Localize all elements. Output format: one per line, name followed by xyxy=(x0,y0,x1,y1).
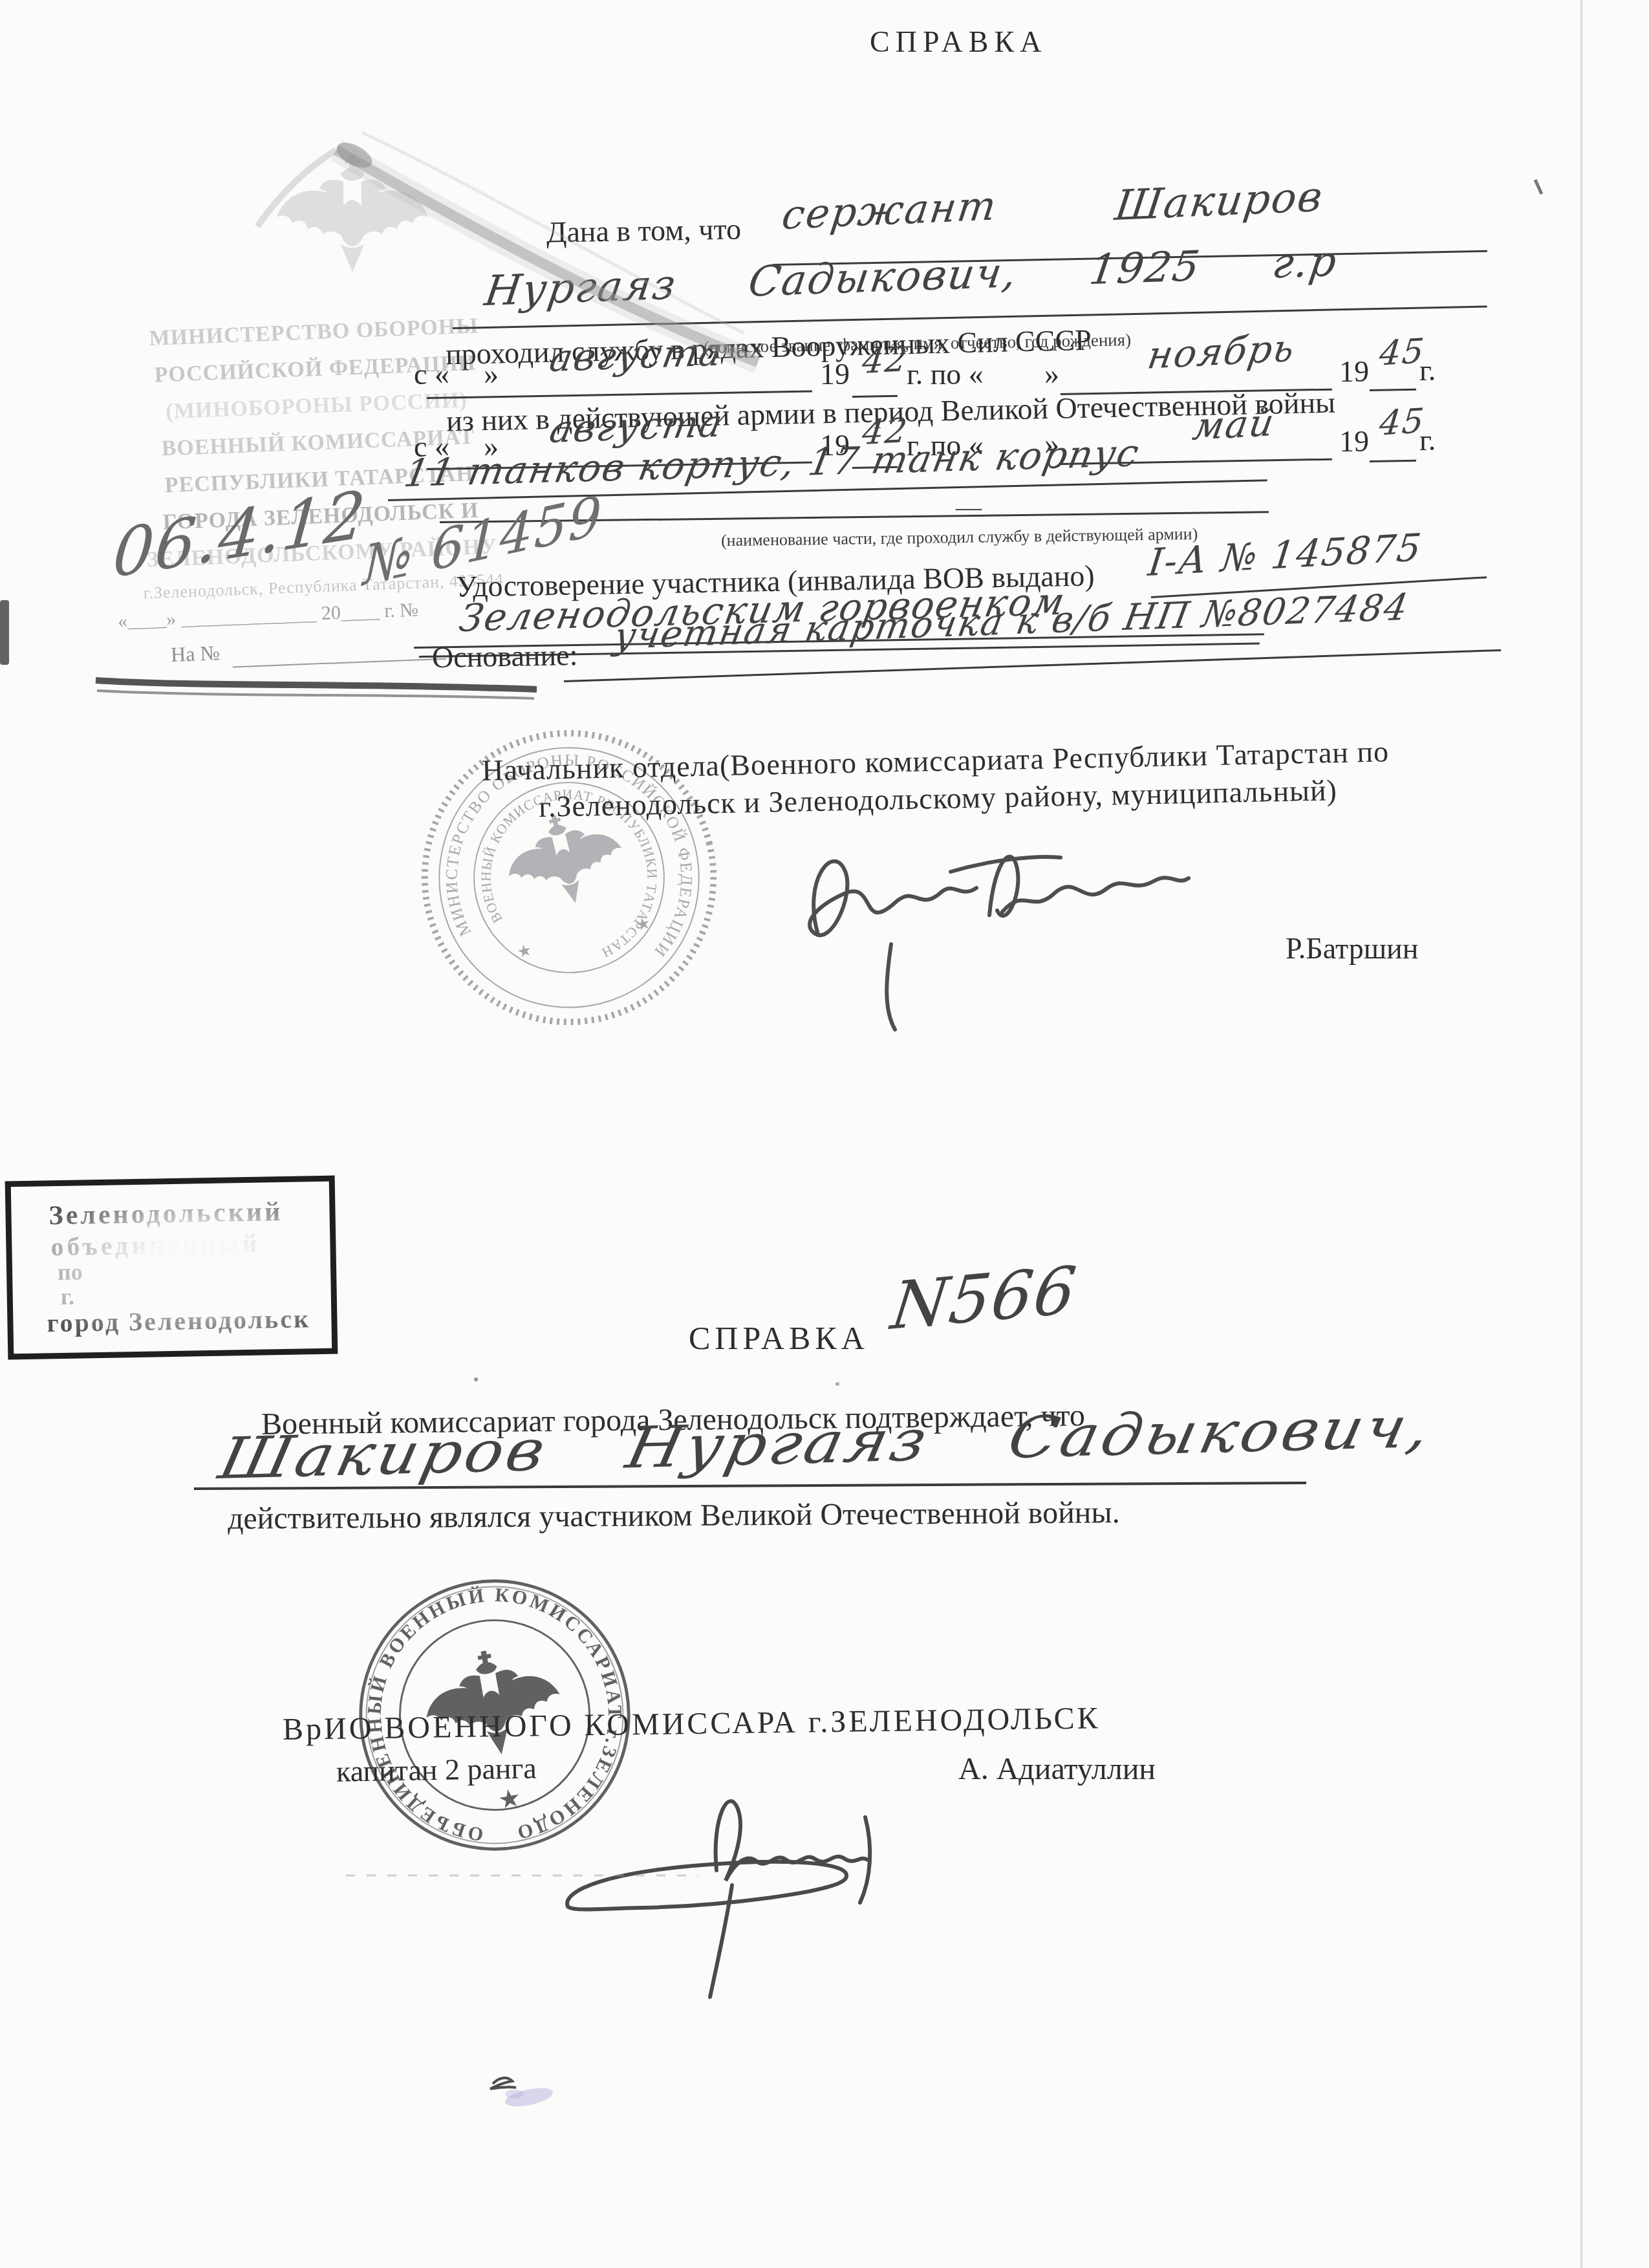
date1-to-close: » xyxy=(1044,357,1059,391)
speck xyxy=(1535,180,1542,194)
eagle-icon xyxy=(416,1639,568,1766)
date2-year-prefix-b: 19 xyxy=(1339,424,1369,459)
rule xyxy=(233,658,446,668)
date1-year-prefix-a: 19 xyxy=(820,357,850,391)
vrio-line: ВрИО ВОЕННОГО КОМИССАРА г.ЗЕЛЕНОДОЛЬСК xyxy=(283,1700,1101,1747)
hw-certificate-number: N566 xyxy=(887,1251,1081,1345)
rect-stamp-fade xyxy=(11,1182,332,1354)
blank-dash: — xyxy=(956,491,982,522)
hw-from-year-1: 42 xyxy=(860,340,911,382)
hw-to-month-1: ноябрь xyxy=(1145,325,1299,378)
doc1-title: СПРАВКА xyxy=(870,25,1047,59)
rank-line: капитан 2 ранга xyxy=(336,1751,537,1788)
basis-label: Основание: xyxy=(432,638,578,675)
hw-surname: Шакиров xyxy=(1112,173,1326,230)
date1-from-open: с « xyxy=(414,357,449,391)
date1-g: г. xyxy=(1419,353,1436,387)
ink-smudge-violet xyxy=(505,2090,523,2099)
letterhead-na-no: На № xyxy=(170,641,220,667)
letterhead-reg-line: «____» ______________ 20____ г. № xyxy=(117,599,418,632)
signature-1 xyxy=(757,795,1222,1035)
confirm-line-2: действительно являлся участником Великой… xyxy=(228,1495,1120,1537)
officer-name: Р.Батршин xyxy=(1286,931,1418,966)
hw-name-patronymic-line: Нургаяз Садыкович, 1925 г.р xyxy=(482,238,1341,316)
given-label: Дана в том, что xyxy=(546,211,742,249)
caption-unit: (наименование части, где проходил службу… xyxy=(721,524,1198,550)
date1-year-prefix-b: 19 xyxy=(1339,354,1369,389)
scanned-certificate-page: МИНИСТЕРСТВО ОБОРОНЫ РОССИЙСКОЙ ФЕДЕРАЦИ… xyxy=(0,0,1649,2268)
doc2-title: СПРАВКА xyxy=(689,1319,869,1357)
rule xyxy=(1370,460,1416,462)
scan-line-right xyxy=(1580,0,1582,2268)
star-icon: ★ xyxy=(515,940,533,962)
date1-g-po: г. по « xyxy=(907,357,984,391)
date2-g: г. xyxy=(1419,423,1436,457)
rule xyxy=(1370,389,1416,391)
commissar-name: А. Адиатуллин xyxy=(958,1751,1156,1787)
hw-rank: сержант xyxy=(779,182,1000,239)
hw-from-month-1: августа xyxy=(546,330,727,380)
speck xyxy=(835,1382,839,1386)
ink-scribble xyxy=(490,2078,516,2089)
rect-stamp: Зеленодольский объединенный по г. город … xyxy=(5,1176,338,1360)
letterhead-eagle-icon xyxy=(277,155,429,272)
signature-2 xyxy=(550,1733,964,2011)
ink-smudge-violet xyxy=(503,2084,554,2110)
hw-to-month-2: май xyxy=(1190,400,1278,449)
star-icon: ★ xyxy=(634,913,652,935)
star-icon: ★ xyxy=(496,1784,523,1815)
speck xyxy=(474,1377,478,1381)
date1-from-close: » xyxy=(484,357,499,391)
